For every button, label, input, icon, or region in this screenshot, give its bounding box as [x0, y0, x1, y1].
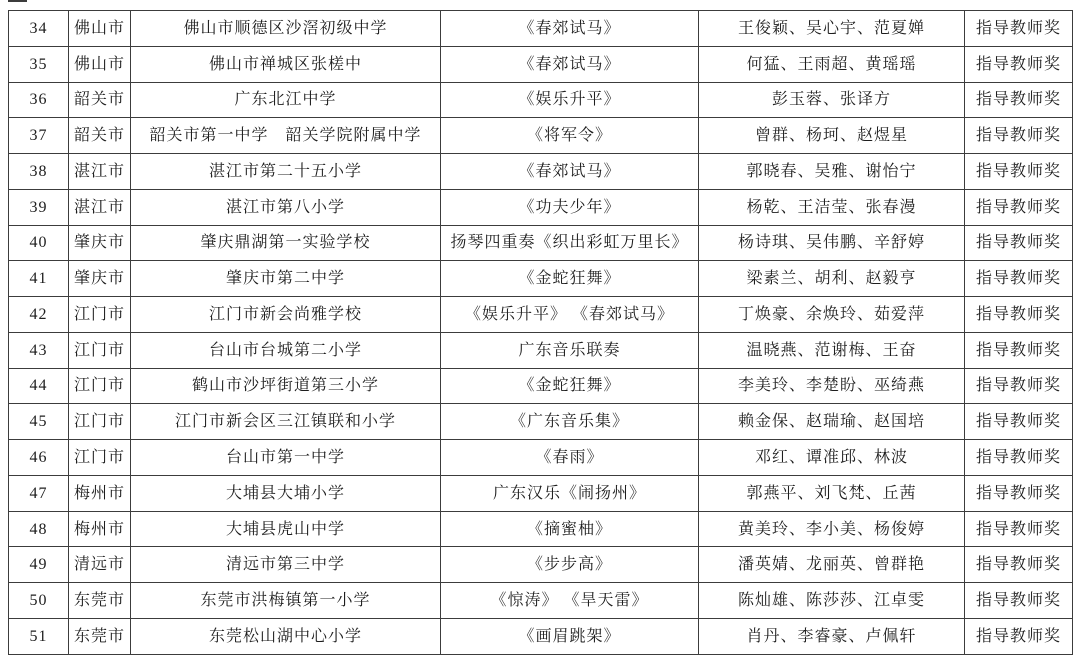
cell-school: 清远市第三中学 [131, 547, 441, 583]
cell-piece: 《春郊试马》 [441, 46, 699, 82]
cell-piece: 《摘蜜柚》 [441, 511, 699, 547]
cell-teachers: 丁焕豪、余焕玲、茹爱萍 [699, 297, 965, 333]
cell-school: 台山市第一中学 [131, 440, 441, 476]
cell-award: 指导教师奖 [965, 46, 1073, 82]
cell-teachers: 肖丹、李睿豪、卢佩轩 [699, 619, 965, 655]
table-row: 36韶关市广东北江中学《娱乐升平》彭玉蓉、张译方指导教师奖 [9, 82, 1073, 118]
cell-city: 东莞市 [69, 583, 131, 619]
cell-school: 肇庆鼎湖第一实验学校 [131, 225, 441, 261]
table-row: 44江门市鹤山市沙坪街道第三小学《金蛇狂舞》李美玲、李楚盼、巫绮燕指导教师奖 [9, 368, 1073, 404]
cell-piece: 《娱乐升平》 《春郊试马》 [441, 297, 699, 333]
table-row: 48梅州市大埔县虎山中学《摘蜜柚》黄美玲、李小美、杨俊婷指导教师奖 [9, 511, 1073, 547]
cell-city: 肇庆市 [69, 261, 131, 297]
cell-teachers: 何猛、王雨超、黄瑶瑶 [699, 46, 965, 82]
cell-school: 韶关市第一中学 韶关学院附属中学 [131, 118, 441, 154]
cell-city: 江门市 [69, 404, 131, 440]
cell-number: 50 [9, 583, 69, 619]
cell-number: 34 [9, 11, 69, 47]
cell-award: 指导教师奖 [965, 547, 1073, 583]
cell-award: 指导教师奖 [965, 440, 1073, 476]
cell-city: 湛江市 [69, 189, 131, 225]
cell-piece: 《春郊试马》 [441, 154, 699, 190]
cell-number: 49 [9, 547, 69, 583]
cell-piece: 《惊涛》 《旱天雷》 [441, 583, 699, 619]
cell-award: 指导教师奖 [965, 11, 1073, 47]
cell-city: 梅州市 [69, 475, 131, 511]
cell-piece: 《娱乐升平》 [441, 82, 699, 118]
table-row: 37韶关市韶关市第一中学 韶关学院附属中学《将军令》曾群、杨珂、赵煜星指导教师奖 [9, 118, 1073, 154]
cell-award: 指导教师奖 [965, 261, 1073, 297]
cell-award: 指导教师奖 [965, 118, 1073, 154]
cell-piece: 《金蛇狂舞》 [441, 261, 699, 297]
cell-city: 佛山市 [69, 46, 131, 82]
cell-piece: 《功夫少年》 [441, 189, 699, 225]
award-table: 34佛山市佛山市顺德区沙滘初级中学《春郊试马》王俊颖、吴心宇、范夏婵指导教师奖3… [8, 10, 1073, 655]
cell-piece: 《春雨》 [441, 440, 699, 476]
cell-number: 40 [9, 225, 69, 261]
cell-school: 江门市新会尚雅学校 [131, 297, 441, 333]
cell-number: 43 [9, 332, 69, 368]
cell-city: 东莞市 [69, 619, 131, 655]
cell-award: 指导教师奖 [965, 619, 1073, 655]
cell-school: 台山市台城第二小学 [131, 332, 441, 368]
cell-teachers: 陈灿雄、陈莎莎、江卓雯 [699, 583, 965, 619]
cell-award: 指导教师奖 [965, 82, 1073, 118]
cell-teachers: 杨诗琪、吴伟鹏、辛舒婷 [699, 225, 965, 261]
cell-number: 37 [9, 118, 69, 154]
cell-teachers: 赖金保、赵瑞瑜、赵国培 [699, 404, 965, 440]
cell-school: 湛江市第二十五小学 [131, 154, 441, 190]
cell-number: 46 [9, 440, 69, 476]
cell-piece: 《春郊试马》 [441, 11, 699, 47]
cell-number: 39 [9, 189, 69, 225]
cell-piece: 广东音乐联奏 [441, 332, 699, 368]
table-row: 41肇庆市肇庆市第二中学《金蛇狂舞》梁素兰、胡利、赵毅亨指导教师奖 [9, 261, 1073, 297]
cell-school: 大埔县大埔小学 [131, 475, 441, 511]
cell-number: 51 [9, 619, 69, 655]
cell-piece: 《步步高》 [441, 547, 699, 583]
cell-number: 48 [9, 511, 69, 547]
cell-school: 佛山市禅城区张槎中 [131, 46, 441, 82]
cell-teachers: 曾群、杨珂、赵煜星 [699, 118, 965, 154]
table-row: 34佛山市佛山市顺德区沙滘初级中学《春郊试马》王俊颖、吴心宇、范夏婵指导教师奖 [9, 11, 1073, 47]
cell-teachers: 郭晓春、吴雅、谢怡宁 [699, 154, 965, 190]
cell-city: 江门市 [69, 368, 131, 404]
cell-award: 指导教师奖 [965, 332, 1073, 368]
cell-teachers: 彭玉蓉、张译方 [699, 82, 965, 118]
table-row: 45江门市江门市新会区三江镇联和小学《广东音乐集》赖金保、赵瑞瑜、赵国培指导教师… [9, 404, 1073, 440]
cell-number: 35 [9, 46, 69, 82]
cell-award: 指导教师奖 [965, 297, 1073, 333]
cell-school: 东莞市洪梅镇第一小学 [131, 583, 441, 619]
cell-city: 江门市 [69, 297, 131, 333]
cell-city: 清远市 [69, 547, 131, 583]
cell-number: 36 [9, 82, 69, 118]
cell-city: 韶关市 [69, 118, 131, 154]
cell-teachers: 潘英婧、龙丽英、曾群艳 [699, 547, 965, 583]
cell-award: 指导教师奖 [965, 154, 1073, 190]
cell-school: 广东北江中学 [131, 82, 441, 118]
cell-number: 44 [9, 368, 69, 404]
table-row: 40肇庆市肇庆鼎湖第一实验学校扬琴四重奏《织出彩虹万里长》杨诗琪、吴伟鹏、辛舒婷… [9, 225, 1073, 261]
cell-school: 江门市新会区三江镇联和小学 [131, 404, 441, 440]
table-row: 50东莞市东莞市洪梅镇第一小学《惊涛》 《旱天雷》陈灿雄、陈莎莎、江卓雯指导教师… [9, 583, 1073, 619]
cell-city: 湛江市 [69, 154, 131, 190]
award-table-body: 34佛山市佛山市顺德区沙滘初级中学《春郊试马》王俊颖、吴心宇、范夏婵指导教师奖3… [9, 11, 1073, 655]
cell-school: 大埔县虎山中学 [131, 511, 441, 547]
cell-school: 鹤山市沙坪街道第三小学 [131, 368, 441, 404]
cell-number: 45 [9, 404, 69, 440]
cell-teachers: 黄美玲、李小美、杨俊婷 [699, 511, 965, 547]
cell-piece: 《广东音乐集》 [441, 404, 699, 440]
cell-city: 肇庆市 [69, 225, 131, 261]
cell-piece: 广东汉乐《闹扬州》 [441, 475, 699, 511]
cell-piece: 扬琴四重奏《织出彩虹万里长》 [441, 225, 699, 261]
cell-teachers: 邓红、谭准邱、林波 [699, 440, 965, 476]
cell-teachers: 杨乾、王洁莹、张春漫 [699, 189, 965, 225]
table-edge-artifact [8, 0, 27, 2]
cell-number: 38 [9, 154, 69, 190]
table-row: 43江门市台山市台城第二小学广东音乐联奏温晓燕、范谢梅、王奋指导教师奖 [9, 332, 1073, 368]
cell-school: 湛江市第八小学 [131, 189, 441, 225]
cell-teachers: 梁素兰、胡利、赵毅亨 [699, 261, 965, 297]
cell-number: 42 [9, 297, 69, 333]
cell-city: 佛山市 [69, 11, 131, 47]
cell-teachers: 王俊颖、吴心宇、范夏婵 [699, 11, 965, 47]
cell-piece: 《画眉跳架》 [441, 619, 699, 655]
cell-award: 指导教师奖 [965, 189, 1073, 225]
cell-school: 佛山市顺德区沙滘初级中学 [131, 11, 441, 47]
cell-city: 江门市 [69, 332, 131, 368]
table-row: 42江门市江门市新会尚雅学校《娱乐升平》 《春郊试马》丁焕豪、余焕玲、茹爱萍指导… [9, 297, 1073, 333]
cell-number: 41 [9, 261, 69, 297]
table-row: 49清远市清远市第三中学《步步高》潘英婧、龙丽英、曾群艳指导教师奖 [9, 547, 1073, 583]
table-row: 39湛江市湛江市第八小学《功夫少年》杨乾、王洁莹、张春漫指导教师奖 [9, 189, 1073, 225]
table-row: 38湛江市湛江市第二十五小学《春郊试马》郭晓春、吴雅、谢怡宁指导教师奖 [9, 154, 1073, 190]
cell-city: 韶关市 [69, 82, 131, 118]
cell-award: 指导教师奖 [965, 583, 1073, 619]
cell-teachers: 李美玲、李楚盼、巫绮燕 [699, 368, 965, 404]
cell-award: 指导教师奖 [965, 368, 1073, 404]
table-row: 46江门市台山市第一中学《春雨》邓红、谭准邱、林波指导教师奖 [9, 440, 1073, 476]
document-page: 34佛山市佛山市顺德区沙滘初级中学《春郊试马》王俊颖、吴心宇、范夏婵指导教师奖3… [0, 0, 1080, 665]
cell-piece: 《金蛇狂舞》 [441, 368, 699, 404]
cell-city: 梅州市 [69, 511, 131, 547]
cell-school: 东莞松山湖中心小学 [131, 619, 441, 655]
cell-city: 江门市 [69, 440, 131, 476]
cell-teachers: 温晓燕、范谢梅、王奋 [699, 332, 965, 368]
cell-number: 47 [9, 475, 69, 511]
cell-school: 肇庆市第二中学 [131, 261, 441, 297]
table-row: 47梅州市大埔县大埔小学广东汉乐《闹扬州》郭燕平、刘飞梵、丘茜指导教师奖 [9, 475, 1073, 511]
cell-award: 指导教师奖 [965, 225, 1073, 261]
table-row: 35佛山市佛山市禅城区张槎中《春郊试马》何猛、王雨超、黄瑶瑶指导教师奖 [9, 46, 1073, 82]
cell-piece: 《将军令》 [441, 118, 699, 154]
table-row: 51东莞市东莞松山湖中心小学《画眉跳架》肖丹、李睿豪、卢佩轩指导教师奖 [9, 619, 1073, 655]
cell-award: 指导教师奖 [965, 404, 1073, 440]
cell-teachers: 郭燕平、刘飞梵、丘茜 [699, 475, 965, 511]
cell-award: 指导教师奖 [965, 475, 1073, 511]
cell-award: 指导教师奖 [965, 511, 1073, 547]
